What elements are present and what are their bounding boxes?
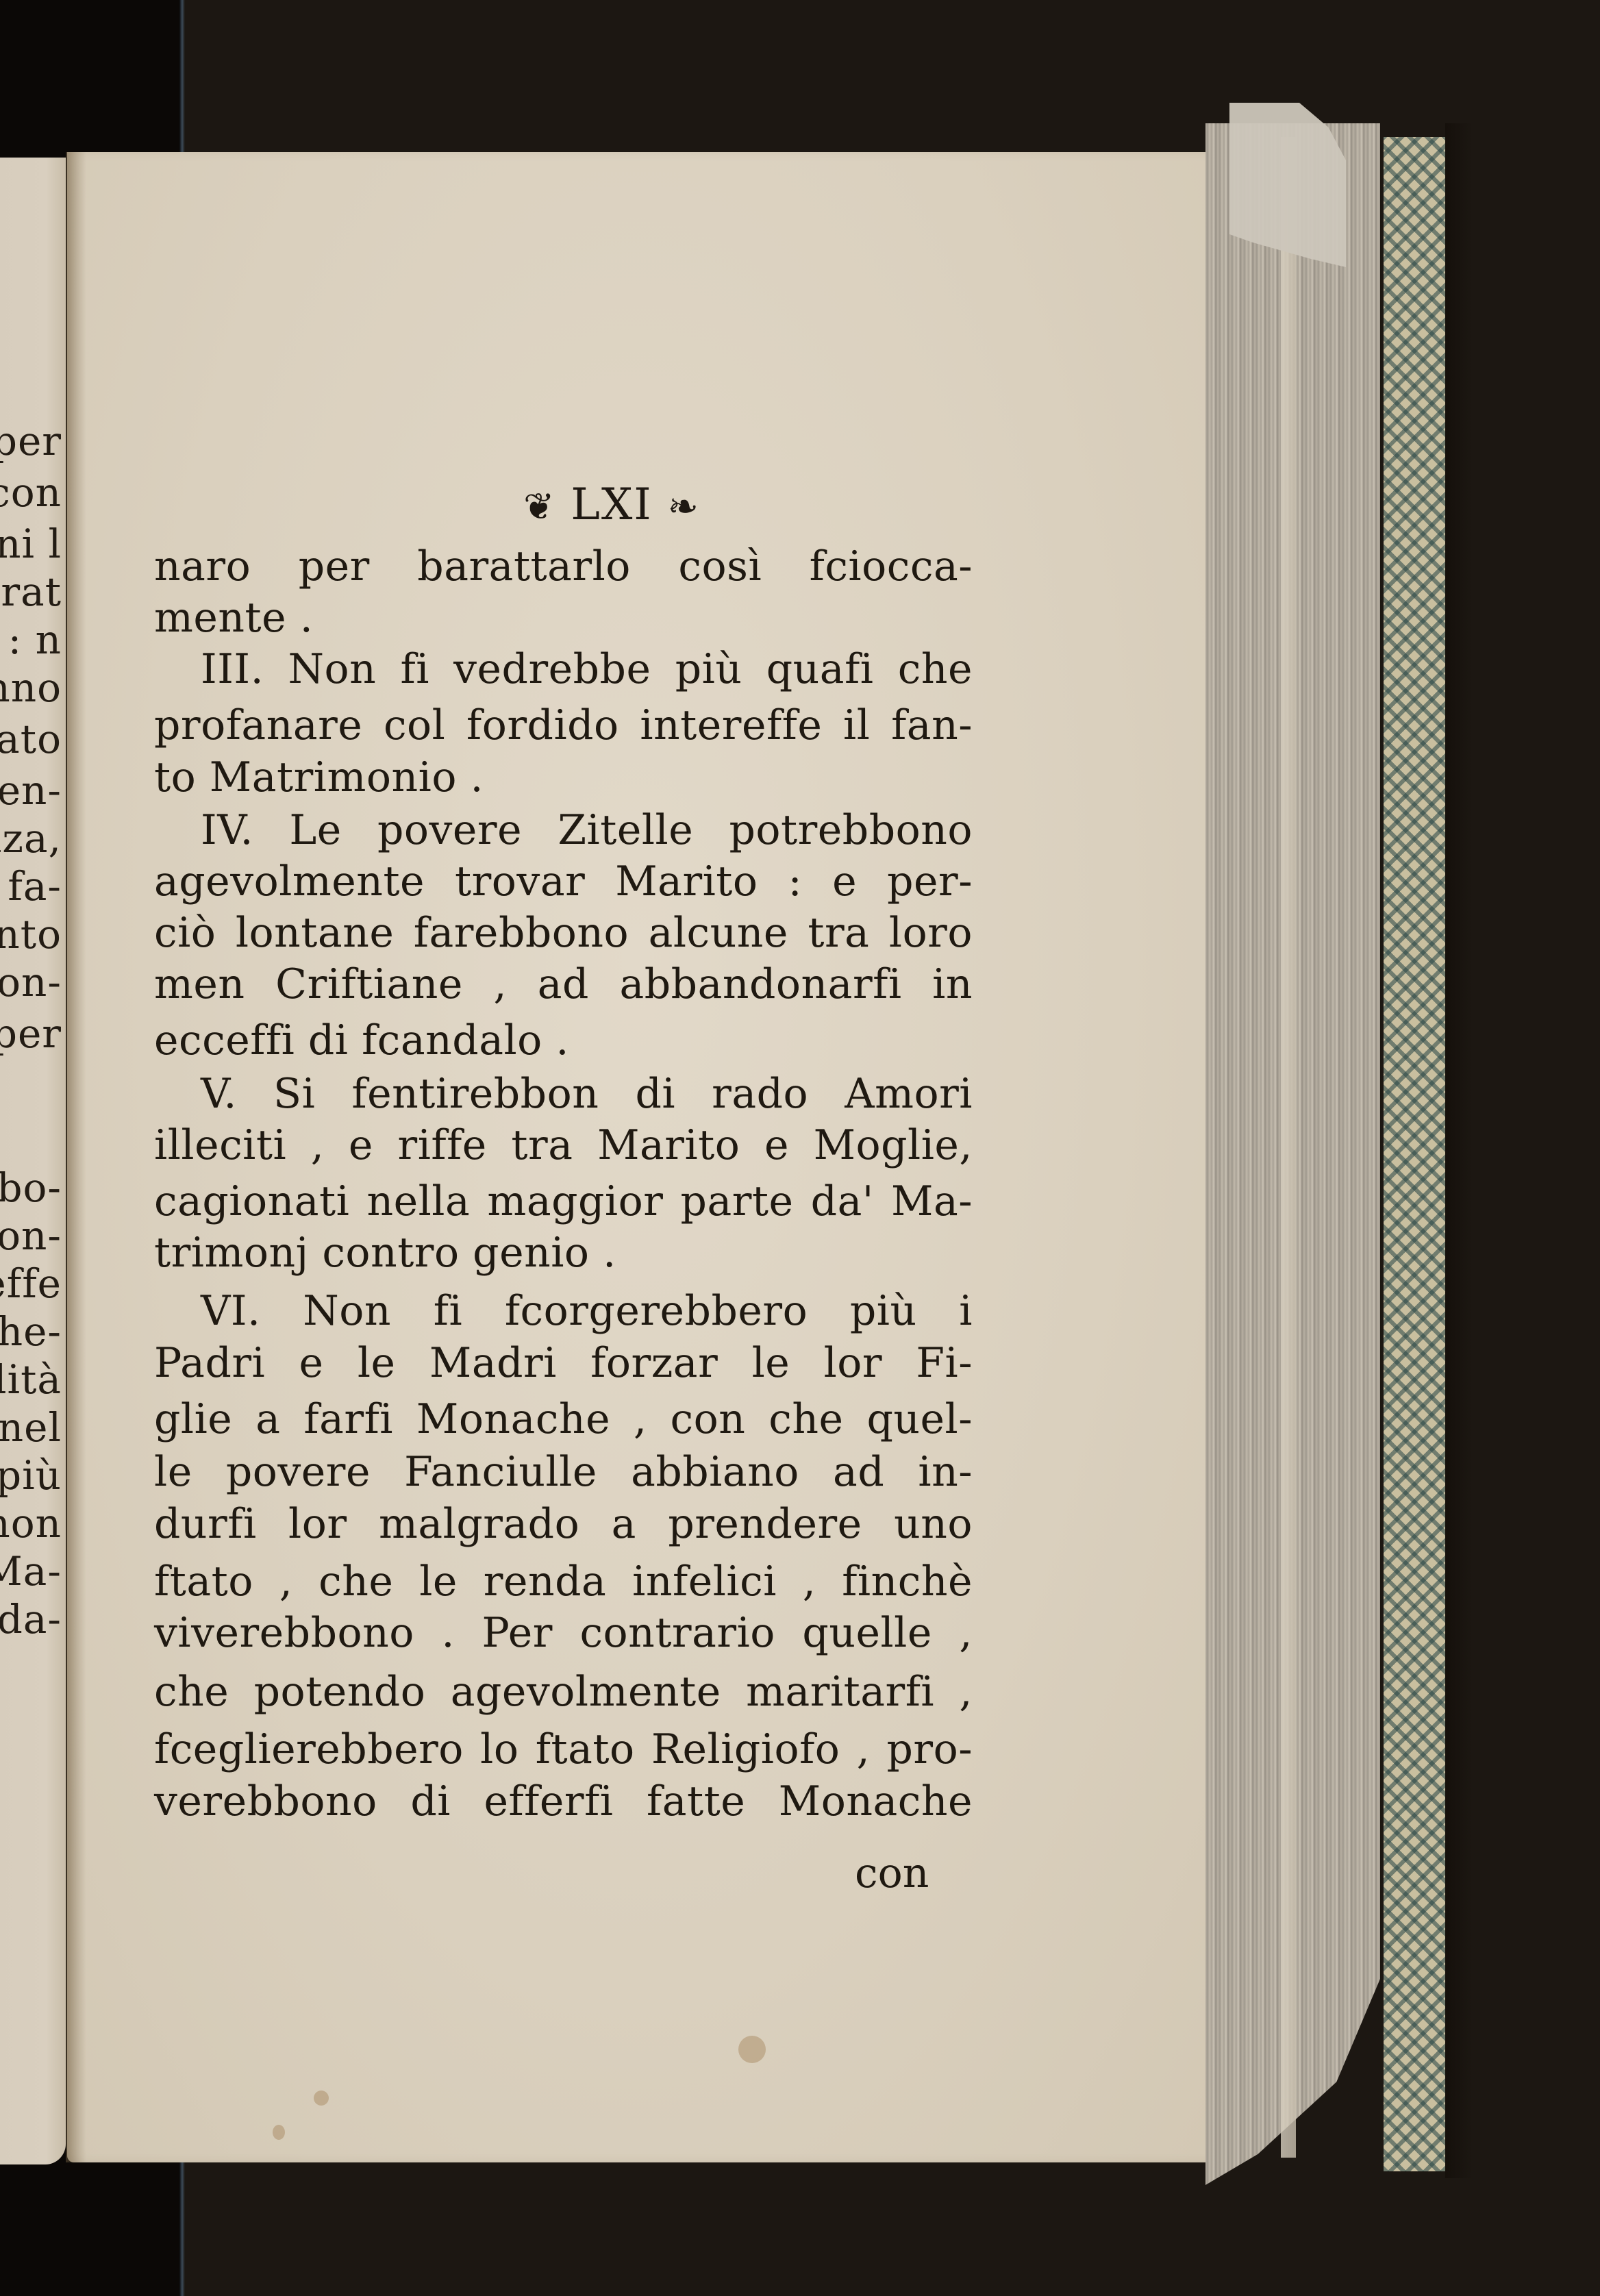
text-line: ecceffi di fcandalo . bbox=[154, 1016, 973, 1064]
page-number: LXI bbox=[571, 479, 652, 530]
text-line: profanare col fordido intereffe il fan- bbox=[154, 701, 973, 749]
facing-line: Don- bbox=[0, 1212, 62, 1259]
facing-line: anno bbox=[0, 664, 62, 711]
text-line: Padri e le Madri forzar le lor Fi- bbox=[154, 1339, 973, 1387]
text-line: glie a farfi Monache , con che quel- bbox=[154, 1395, 973, 1443]
facing-line: ftato bbox=[0, 716, 62, 762]
gutter-shadow bbox=[66, 152, 86, 2162]
text-line: viverebbono . Per contrario quelle , bbox=[154, 1609, 973, 1657]
facing-line: i fa- bbox=[0, 863, 62, 910]
facing-line: più bbox=[0, 1452, 62, 1499]
facing-line: che- bbox=[0, 1308, 62, 1355]
text-line: fceglierebbero lo ftato Religiofo , pro- bbox=[154, 1725, 973, 1773]
fleuron-left-icon: ❦ bbox=[523, 485, 555, 528]
text-line: IV. Le povere Zitelle potrebbono bbox=[154, 806, 973, 854]
text-line: le povere Fanciulle abbiano ad in- bbox=[154, 1448, 973, 1496]
text-line: to Matrimonio . bbox=[154, 753, 973, 801]
foxing-spot bbox=[314, 2091, 329, 2106]
facing-line: trat bbox=[0, 569, 62, 615]
facing-line: nel bbox=[0, 1404, 62, 1451]
running-head: ❦LXI❧ bbox=[67, 479, 1156, 530]
facing-line: : n bbox=[8, 616, 62, 663]
text-line: trimonj contro genio . bbox=[154, 1229, 973, 1277]
cover-shadow bbox=[1445, 123, 1473, 2178]
text-line: agevolmente trovar Marito : e per- bbox=[154, 858, 973, 906]
text-line: III. Non fi vedrebbe più quafi che bbox=[154, 645, 973, 693]
text-line: ciò lontane farebbono alcune tra loro bbox=[154, 909, 973, 957]
foxing-spot bbox=[273, 2125, 285, 2140]
marbled-cover-edge bbox=[1384, 137, 1449, 2171]
facing-page-left: per con ni l trat : n anno ftato en- nza… bbox=[0, 158, 66, 2164]
text-line: durfi lor malgrado a prendere uno bbox=[154, 1500, 973, 1548]
facing-line: per bbox=[0, 1010, 62, 1057]
text-line: cagionati nella maggior parte da' Ma- bbox=[154, 1177, 973, 1225]
facing-line: fon- bbox=[0, 959, 62, 1006]
text-line: verebbono di efferfi fatte Monache bbox=[154, 1777, 973, 1825]
text-line: illeciti , e riffe tra Marito e Moglie, bbox=[154, 1121, 973, 1169]
facing-line: per bbox=[0, 418, 62, 464]
facing-line: nza, bbox=[0, 815, 62, 862]
text-line: ftato , che le renda infelici , finchè bbox=[154, 1558, 973, 1606]
foxing-spot bbox=[738, 2036, 766, 2063]
page-block-highlight bbox=[1281, 137, 1296, 2158]
facing-line: anto bbox=[0, 911, 62, 958]
text-line: VI. Non fi fcorgerebbero più i bbox=[154, 1287, 973, 1335]
text-line: V. Si fentirebbon di rado Amori bbox=[154, 1070, 973, 1118]
facing-line: Abo- bbox=[0, 1164, 62, 1211]
text-line: naro per barattarlo così fciocca- bbox=[154, 542, 973, 590]
facing-line: effe bbox=[0, 1260, 62, 1307]
facing-line: Ma- bbox=[0, 1548, 62, 1595]
facing-line: ni l bbox=[0, 521, 62, 567]
text-line: che potendo agevolmente maritarfi , bbox=[154, 1668, 973, 1716]
book-page: ❦LXI❧ naro per barattarlo così fciocca- … bbox=[67, 152, 1205, 2162]
fleuron-right-icon: ❧ bbox=[668, 485, 700, 528]
facing-line: con bbox=[0, 469, 62, 516]
facing-line: non bbox=[0, 1500, 62, 1547]
facing-line: dità bbox=[0, 1356, 62, 1403]
facing-line: da- bbox=[0, 1596, 62, 1643]
text-line: men Criftiane , ad abbandonarfi in bbox=[154, 960, 973, 1008]
facing-line: en- bbox=[0, 767, 62, 814]
text-line: mente . bbox=[154, 594, 973, 642]
catchword: con bbox=[855, 1849, 929, 1897]
